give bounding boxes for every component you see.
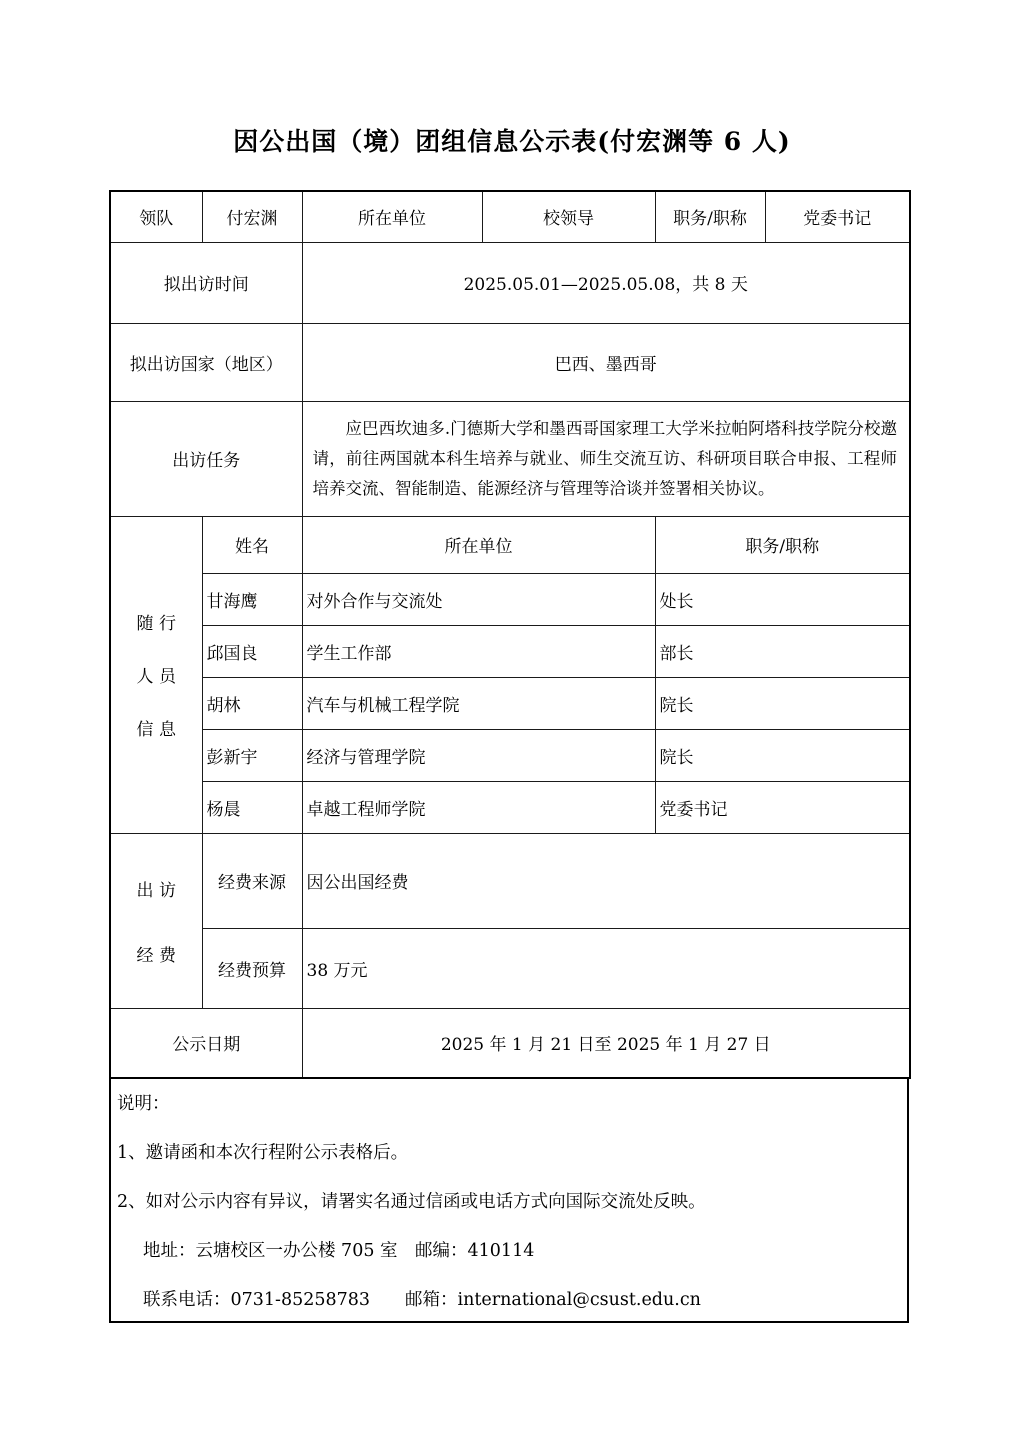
mission-value-cell: 应巴西坎迪多.门德斯大学和墨西哥国家理工大学米拉帕阿塔科技学院分校邀请，前往两国… xyxy=(302,401,910,516)
document-page: 因公出国（境）团组信息公示表(付宏渊等 6 人) 领队 付宏渊 所在单位 校领导… xyxy=(109,0,915,1323)
companions-header-post: 职务/职称 xyxy=(655,516,910,573)
publicity-date-value: 2025 年 1 月 21 日至 2025 年 1 月 27 日 xyxy=(302,1008,910,1078)
leader-unit-value: 校领导 xyxy=(482,191,655,242)
companion-post: 处长 xyxy=(655,573,910,625)
companion-name: 彭新宇 xyxy=(202,729,302,781)
companion-post: 党委书记 xyxy=(655,781,910,833)
info-table: 领队 付宏渊 所在单位 校领导 职务/职称 党委书记 拟出访时间 2025.05… xyxy=(109,190,911,1079)
funding-budget-value: 38 万元 xyxy=(302,928,910,1008)
note-item-1: 1、邀请函和本次行程附公示表格后。 xyxy=(117,1142,897,1164)
companions-label-line2: 人 员 xyxy=(137,662,176,687)
visit-time-row: 拟出访时间 2025.05.01—2025.05.08，共 8 天 xyxy=(110,242,910,323)
companions-label-line1: 随 行 xyxy=(137,609,176,634)
mission-row: 出访任务 应巴西坎迪多.门德斯大学和墨西哥国家理工大学米拉帕阿塔科技学院分校邀请… xyxy=(110,401,910,516)
leader-label: 领队 xyxy=(110,191,202,242)
companion-name: 胡林 xyxy=(202,677,302,729)
funding-label-line1: 出 访 xyxy=(137,876,176,901)
companions-header-name: 姓名 xyxy=(202,516,302,573)
funding-budget-row: 经费预算 38 万元 xyxy=(110,928,910,1008)
companion-unit: 经济与管理学院 xyxy=(302,729,655,781)
companions-section-label-text: 随 行 人 员 信 息 xyxy=(115,595,198,754)
note-address: 地址：云塘校区一办公楼 705 室 邮编：410114 xyxy=(117,1240,897,1262)
visit-time-value: 2025.05.01—2025.05.08，共 8 天 xyxy=(302,242,910,323)
leader-post-value: 党委书记 xyxy=(765,191,910,242)
notes-box: 说明： 1、邀请函和本次行程附公示表格后。 2、如对公示内容有异议，请署实名通过… xyxy=(109,1077,909,1323)
companion-name: 杨晨 xyxy=(202,781,302,833)
companion-post: 院长 xyxy=(655,677,910,729)
publicity-date-label: 公示日期 xyxy=(110,1008,302,1078)
leader-unit-label: 所在单位 xyxy=(302,191,482,242)
companion-name: 甘海鹰 xyxy=(202,573,302,625)
funding-section-label-text: 出 访 经 费 xyxy=(115,856,198,986)
companion-unit: 对外合作与交流处 xyxy=(302,573,655,625)
publicity-date-row: 公示日期 2025 年 1 月 21 日至 2025 年 1 月 27 日 xyxy=(110,1008,910,1078)
companions-section-label: 随 行 人 员 信 息 xyxy=(110,516,202,833)
leader-row: 领队 付宏渊 所在单位 校领导 职务/职称 党委书记 xyxy=(110,191,910,242)
leader-post-label: 职务/职称 xyxy=(655,191,765,242)
funding-label-line2: 经 费 xyxy=(137,941,176,966)
companion-unit: 卓越工程师学院 xyxy=(302,781,655,833)
countries-label: 拟出访国家（地区） xyxy=(110,323,302,401)
companion-row: 彭新宇 经济与管理学院 院长 xyxy=(110,729,910,781)
funding-source-row: 出 访 经 费 经费来源 因公出国经费 xyxy=(110,833,910,928)
visit-time-label: 拟出访时间 xyxy=(110,242,302,323)
page-title: 因公出国（境）团组信息公示表(付宏渊等 6 人) xyxy=(109,122,915,158)
countries-row: 拟出访国家（地区） 巴西、墨西哥 xyxy=(110,323,910,401)
companion-post: 部长 xyxy=(655,625,910,677)
companions-header-unit: 所在单位 xyxy=(302,516,655,573)
mission-value: 应巴西坎迪多.门德斯大学和墨西哥国家理工大学米拉帕阿塔科技学院分校邀请，前往两国… xyxy=(307,410,906,508)
note-contact: 联系电话：0731-85258783 邮箱：international@csus… xyxy=(117,1289,897,1311)
companion-row: 邱国良 学生工作部 部长 xyxy=(110,625,910,677)
companions-header-row: 随 行 人 员 信 息 姓名 所在单位 职务/职称 xyxy=(110,516,910,573)
note-item-2: 2、如对公示内容有异议，请署实名通过信函或电话方式向国际交流处反映。 xyxy=(117,1191,897,1213)
funding-section-label: 出 访 经 费 xyxy=(110,833,202,1008)
notes-heading: 说明： xyxy=(117,1093,897,1115)
companion-row: 杨晨 卓越工程师学院 党委书记 xyxy=(110,781,910,833)
companion-name: 邱国良 xyxy=(202,625,302,677)
funding-budget-label: 经费预算 xyxy=(202,928,302,1008)
companion-row: 甘海鹰 对外合作与交流处 处长 xyxy=(110,573,910,625)
companion-row: 胡林 汽车与机械工程学院 院长 xyxy=(110,677,910,729)
companions-label-line3: 信 息 xyxy=(137,715,176,740)
companion-unit: 汽车与机械工程学院 xyxy=(302,677,655,729)
mission-label: 出访任务 xyxy=(110,401,302,516)
funding-source-value: 因公出国经费 xyxy=(302,833,910,928)
countries-value: 巴西、墨西哥 xyxy=(302,323,910,401)
companion-unit: 学生工作部 xyxy=(302,625,655,677)
leader-name: 付宏渊 xyxy=(202,191,302,242)
funding-source-label: 经费来源 xyxy=(202,833,302,928)
companion-post: 院长 xyxy=(655,729,910,781)
